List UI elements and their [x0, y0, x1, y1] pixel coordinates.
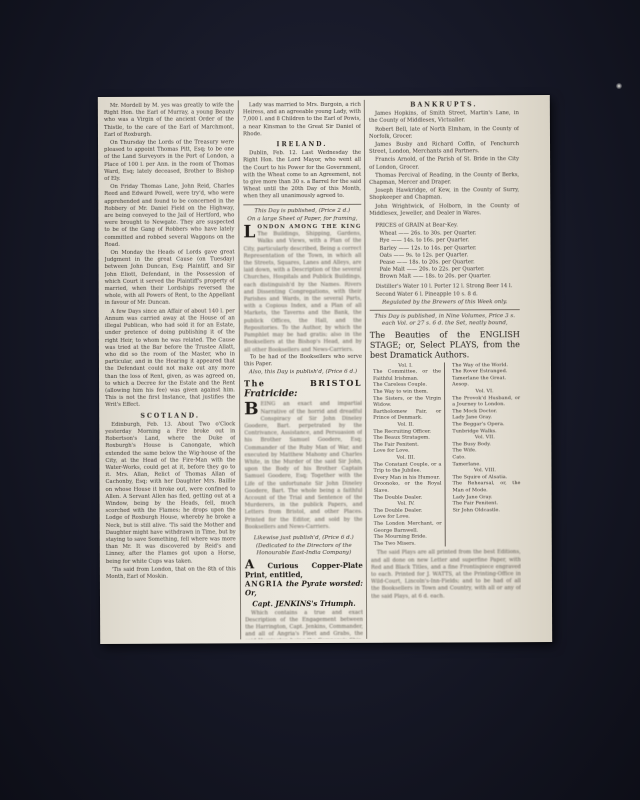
- advert-intro: Likewise just publish'd, (Price 6 d.): [245, 535, 363, 543]
- play-title: The Two Misers.: [374, 540, 442, 547]
- book-advert-note: The said Plays are all printed from the …: [371, 549, 521, 600]
- advert-title-bristol: The BRISTOL Fratricide:: [244, 378, 362, 400]
- news-paragraph: Edinburgh, Feb. 13. About Two o'Clock ye…: [105, 421, 236, 566]
- newspaper-page: Mr. Mordell by M. yes was greatly to wif…: [98, 95, 552, 644]
- bankrupt-entry: Joseph Hawkridge, of Kew, in the County …: [369, 187, 519, 202]
- advert-title: ONDON AMONG THE KING: [257, 224, 361, 230]
- bankrupt-entry: James Busby and Richard Coffin, of Fench…: [369, 141, 519, 156]
- book-advert-title: The Beauties of the ENGLISH STAGE; or, S…: [370, 330, 520, 361]
- advert-body: EING an exact and impartial Narrative of…: [244, 401, 362, 530]
- column-1: Mr. Mordell by M. yes was greatly to wif…: [104, 102, 236, 640]
- drop-cap: B: [244, 403, 258, 417]
- news-paragraph: On Monday the Heads of Lords gave great …: [104, 249, 234, 307]
- news-paragraph: A few Days since an Affair of about 140 …: [105, 308, 235, 409]
- advert-london: L ONDON AMONG THE KING The Buildings, Sh…: [243, 224, 362, 354]
- news-paragraph: On Friday Thomas Lane, John Reid, Charle…: [104, 184, 234, 249]
- section-heading-ireland: IRELAND.: [243, 141, 361, 149]
- play-title: The Constant Couple, or a Trip to the Ju…: [373, 461, 441, 474]
- water-line: Second Water 6 l. Pineapple 10 s. 8 d.: [370, 291, 520, 299]
- volume-column-right: The Way of the World.The Rover Estranged…: [449, 362, 521, 547]
- bankrupt-entry: Thomas Percival of Reading, in the Count…: [369, 172, 519, 187]
- column-rule: [364, 100, 367, 639]
- news-paragraph: Mr. Mordell by M. yes was greatly to wif…: [104, 102, 234, 139]
- advert-intro: Also, this Day is publish'd, (Price 6 d.…: [244, 369, 362, 377]
- section-rule: [370, 309, 520, 311]
- volume-listing: Vol. I.The Committee, or the Faithful Ir…: [370, 362, 521, 547]
- book-advert-intro: This Day is published, in Nine Volumes, …: [370, 313, 520, 328]
- play-title: The London Merchant, or George Barnwell.: [374, 520, 442, 533]
- advert-body: The Buildings, Shipping, Gardens, Walks …: [243, 231, 361, 353]
- section-heading-scotland: SCOTLAND.: [105, 412, 235, 420]
- advert-dedication: (Dedicated to the Directors of the Honou…: [245, 543, 363, 558]
- play-title: The Rehearsal, or, the Man of Mode.: [452, 481, 520, 494]
- column-3: BANKRUPTS. James Hopkins, of Smith Stree…: [369, 101, 521, 639]
- section-rule: [243, 203, 361, 205]
- bankrupt-entry: James Hopkins, of Smith Street, Martin's…: [369, 110, 519, 125]
- prices-heading: PRICES of GRAIN at Bear-Key.: [369, 222, 519, 230]
- play-title: The Provok'd Husband, or a Journey to Lo…: [452, 395, 520, 408]
- water-note: Regulated by the Brewers of this Week on…: [370, 299, 520, 307]
- advert-footer: To be had of the Booksellers who serve t…: [244, 354, 362, 369]
- play-title: Bartholomew Fair, or Prince of Denmark.: [373, 408, 441, 421]
- grain-prices-list: Wheat —— 26s. to 30s. per Quarter.Rye ——…: [369, 230, 519, 281]
- advert-subtitle-jenkins: Capt. JENKINS's Triumph.: [245, 598, 363, 608]
- bankrupt-entry: Robert Bell, late of North Elmham, in th…: [369, 126, 519, 141]
- section-heading-bankrupts: BANKRUPTS.: [369, 101, 519, 109]
- bankrupts-list: James Hopkins, of Smith Street, Martin's…: [369, 110, 519, 217]
- play-title: The Committee, or the Faithful Irishman.: [373, 369, 441, 382]
- play-title: Oroonoko, or the Royal Slave.: [373, 481, 441, 494]
- advert-body: Which contains a true and exact Descript…: [245, 609, 363, 639]
- column-2: Lady was married to Mrs. Burgoin, a rich…: [243, 102, 363, 640]
- light-reflection: [616, 83, 622, 89]
- volume-column-left: Vol. I.The Committee, or the Faithful Ir…: [370, 362, 446, 547]
- news-paragraph: Dublin, Feb. 12. Last Wednesday the Righ…: [243, 150, 361, 201]
- water-line: Distiller's Water 10 l. Porter 12 l. Str…: [370, 283, 520, 291]
- grain-price-row: Brown Malt —— 18s. to 20s. per Quarter.: [380, 274, 520, 282]
- advert-intro: This Day is published, (Price 2 d.): [243, 207, 361, 215]
- drop-cap: L: [243, 225, 255, 239]
- play-title: The Sisters, or the Virgin Widow.: [373, 395, 441, 408]
- column-rule: [238, 100, 241, 639]
- news-paragraph: On Thursday the Lords of the Treasury we…: [104, 139, 234, 183]
- bankrupt-entry: John Wrightwick, of Holborn, in the Coun…: [369, 203, 519, 218]
- advert-subtitle: On a large Sheet of Paper, for framing,: [243, 216, 361, 224]
- play-title: Sir John Oldcastle.: [453, 507, 521, 514]
- advert-bristol: B EING an exact and impartial Narrative …: [244, 401, 363, 531]
- news-paragraph: Lady was married to Mrs. Burgoin, a rich…: [243, 102, 361, 139]
- advert-title-angria: A Curious Copper-Plate Print, entitled, …: [245, 559, 363, 597]
- news-paragraph: 'Tis said from London, that on the 8th o…: [106, 566, 236, 581]
- bankrupt-entry: Francis Arnold, of the Parish of St. Bri…: [369, 157, 519, 172]
